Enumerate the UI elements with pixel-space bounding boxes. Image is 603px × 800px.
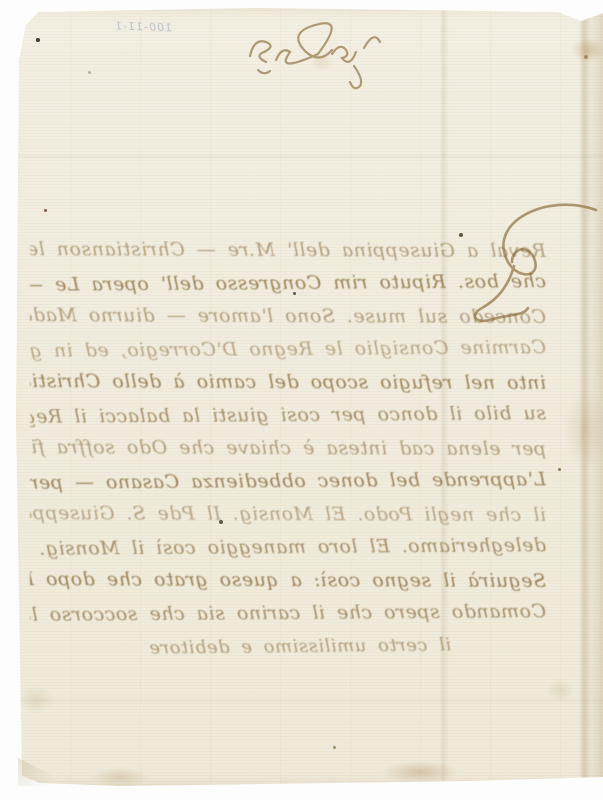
showthrough-line: che bos. Riputo rim Congresso dell' oper…: [30, 265, 546, 302]
showthrough-line: Seguirà il segno così: a queso grato che…: [30, 563, 546, 598]
showthrough-line: su bilo il donco per cosi giusti la bala…: [30, 397, 546, 434]
showthrough-line: per elena cad intesa è chiave che Odo so…: [30, 431, 546, 466]
showthrough-line: L'apprende bel donec obbedienza Casano —…: [30, 463, 546, 500]
foxing-speck: [88, 71, 91, 74]
showthrough-text-block: Reval a Giuseppina dell' M.re — Christia…: [30, 234, 546, 630]
showthrough-line: into nel refugio scopo del camio à dello…: [30, 365, 546, 400]
showthrough-line: Comando spero che il carino sia che socc…: [30, 595, 546, 632]
ink-blot: [459, 233, 463, 237]
ink-flourish-docket: [236, 8, 386, 90]
foxing-speck: [44, 209, 47, 212]
scanned-letter-page: 100-11-1 Reval a Giuseppina dell' M.re: [0, 0, 603, 800]
showthrough-line: il che negli Podo. El Monsig. Il Pde S. …: [30, 497, 546, 532]
ink-blot: [36, 38, 40, 42]
showthrough-line: Carmine Consiglio le Regno D'Corregio, e…: [30, 331, 546, 368]
ink-blot: [219, 520, 223, 524]
foxing-speck: [558, 468, 561, 471]
showthrough-line: Reval a Giuseppina dell' M.re — Christia…: [30, 233, 546, 268]
foxing-speck: [584, 55, 588, 59]
flourish-strokes: [236, 8, 386, 90]
showthrough-line: delegheriamo. El loro maneggio così il M…: [30, 529, 546, 566]
ink-blot: [293, 292, 296, 295]
foxing-speck: [333, 746, 336, 749]
showthrough-closing-line: il certo umilissimo e debitore: [140, 630, 460, 663]
showthrough-line: Concedo sul muse. Sono l'amore — diurno …: [30, 299, 546, 334]
pencil-shelfmark: 100-11-1: [92, 19, 173, 40]
